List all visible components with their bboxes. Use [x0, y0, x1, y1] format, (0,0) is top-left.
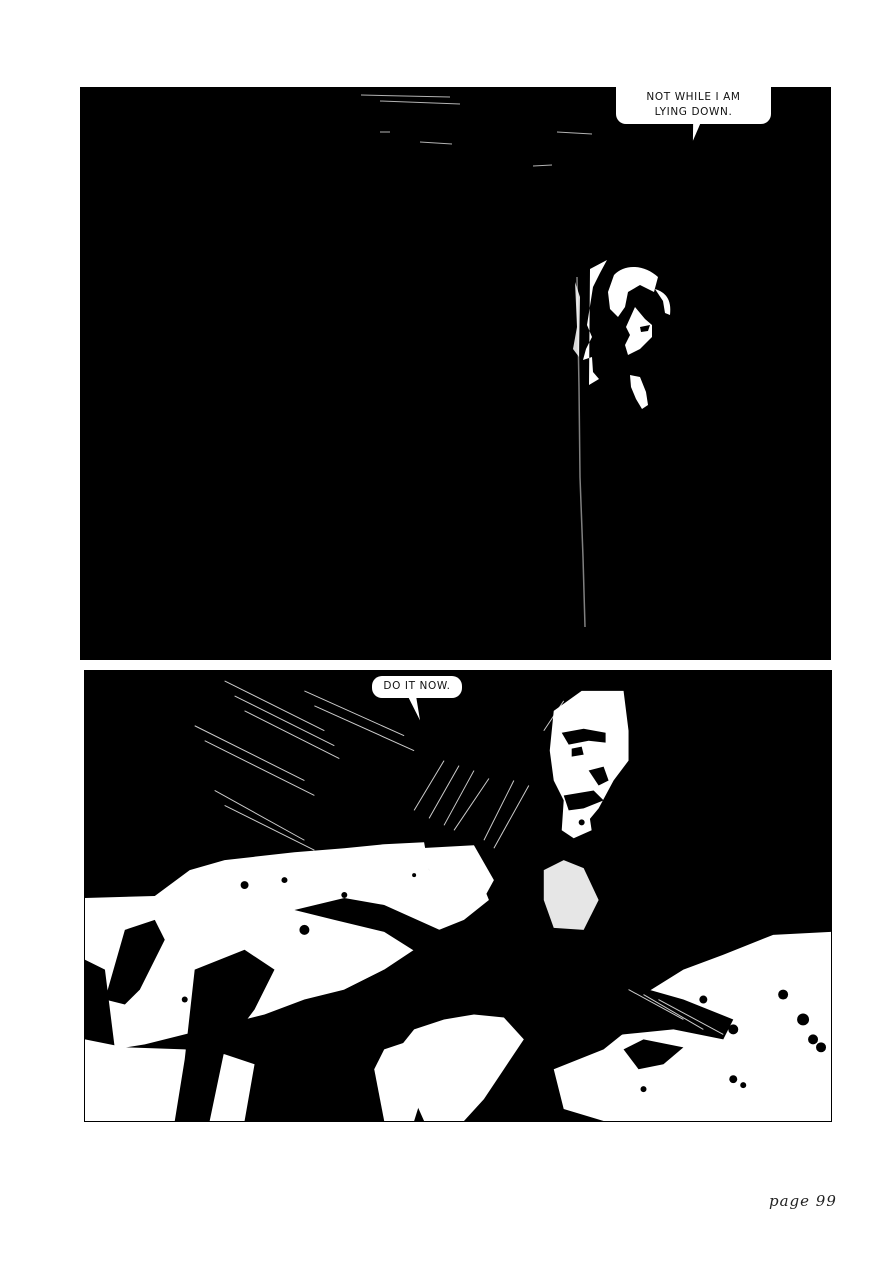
- comic-panel-bottom: [84, 670, 832, 1122]
- page-number: page 99: [769, 1192, 837, 1210]
- speech-bubble-line: LYING DOWN.: [624, 105, 763, 120]
- speech-bubble-do-it-now: DO IT NOW.: [372, 676, 462, 698]
- panel-artwork-dark-face: [80, 87, 831, 660]
- comic-panel-top: [80, 87, 831, 660]
- panel-artwork-face-and-sheets: [85, 671, 831, 1121]
- speech-bubble-line: NOT WHILE I AM: [624, 90, 763, 105]
- speech-bubble-not-while-lying-down: NOT WHILE I AM LYING DOWN.: [616, 87, 771, 124]
- speech-bubble-line: DO IT NOW.: [378, 678, 456, 694]
